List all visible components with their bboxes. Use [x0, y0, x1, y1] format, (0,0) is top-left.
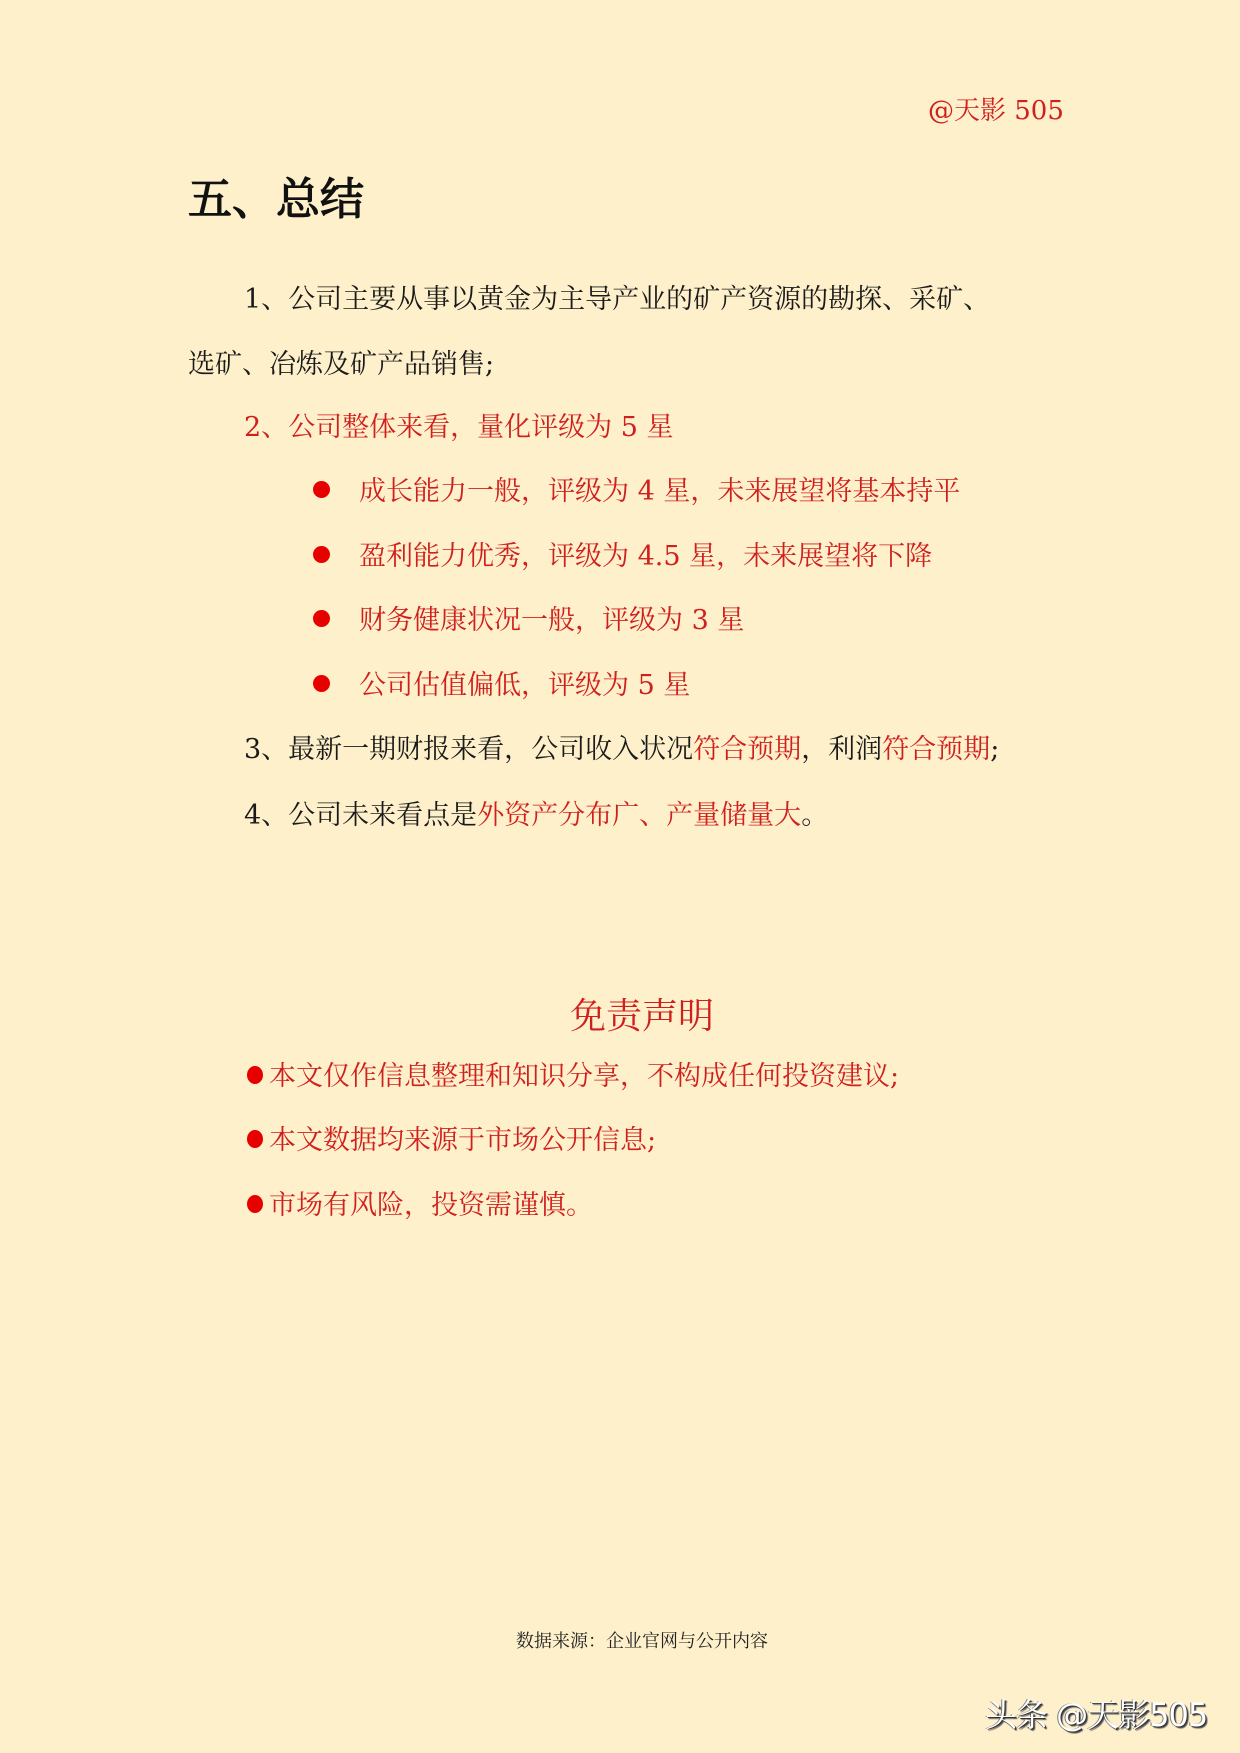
rating-text: 成长能力一般，评级为 4 星，未来展望将基本持平	[359, 476, 960, 507]
item-4-highlight: 外资产分布广、产量储量大	[477, 800, 801, 831]
item-4-suffix: 。	[801, 800, 828, 831]
rating-financial-health: 财务健康状况一般，评级为 3 星	[313, 603, 744, 639]
summary-item-1-line-1: 1、公司主要从事以黄金为主导产业的矿产资源的勘探、采矿、	[244, 282, 990, 318]
bullet-dot-icon	[247, 1195, 263, 1213]
item-4-prefix: 4、公司未来看点是	[244, 800, 477, 831]
disclaimer-title: 免责声明	[0, 988, 1240, 1039]
item-3-suffix: ;	[990, 734, 999, 765]
disclaimer-item: 本文仅作信息整理和知识分享，不构成任何投资建议;	[247, 1059, 899, 1095]
rating-valuation: 公司估值偏低，评级为 5 星	[313, 668, 690, 704]
profit-status: 符合预期	[882, 734, 990, 765]
disclaimer-item: 市场有风险，投资需谨慎。	[247, 1188, 593, 1224]
bullet-dot-icon	[313, 675, 330, 692]
rating-text: 公司估值偏低，评级为 5 星	[359, 670, 690, 701]
rating-text: 盈利能力优秀，评级为 4.5 星，未来展望将下降	[359, 541, 932, 572]
summary-item-4: 4、公司未来看点是外资产分布广、产量储量大。	[244, 798, 828, 834]
bullet-dot-icon	[247, 1130, 263, 1148]
disclaimer-text: 本文数据均来源于市场公开信息;	[269, 1125, 656, 1156]
bullet-dot-icon	[247, 1066, 263, 1084]
rating-profitability: 盈利能力优秀，评级为 4.5 星，未来展望将下降	[313, 539, 932, 575]
summary-item-2: 2、公司整体来看，量化评级为 5 星	[244, 410, 674, 446]
section-title: 五、总结	[188, 163, 364, 227]
bullet-dot-icon	[313, 481, 330, 498]
summary-item-1-line-2: 选矿、冶炼及矿产品销售;	[188, 347, 494, 383]
revenue-status: 符合预期	[693, 734, 801, 765]
bullet-dot-icon	[313, 610, 330, 627]
data-source-note: 数据来源：企业官网与公开内容	[0, 1627, 1240, 1653]
platform-watermark: 头条 @天影505	[985, 1690, 1207, 1736]
summary-item-3: 3、最新一期财报来看，公司收入状况符合预期，利润符合预期;	[244, 732, 999, 768]
rating-growth: 成长能力一般，评级为 4 星，未来展望将基本持平	[313, 474, 960, 510]
disclaimer-text: 市场有风险，投资需谨慎。	[269, 1190, 593, 1221]
author-handle: @天影 505	[928, 90, 1064, 127]
item-3-prefix: 3、最新一期财报来看，公司收入状况	[244, 734, 693, 765]
rating-text: 财务健康状况一般，评级为 3 星	[359, 605, 744, 636]
bullet-dot-icon	[313, 546, 330, 563]
disclaimer-text: 本文仅作信息整理和知识分享，不构成任何投资建议;	[269, 1061, 899, 1092]
disclaimer-item: 本文数据均来源于市场公开信息;	[247, 1123, 656, 1159]
item-3-mid: ，利润	[801, 734, 882, 765]
